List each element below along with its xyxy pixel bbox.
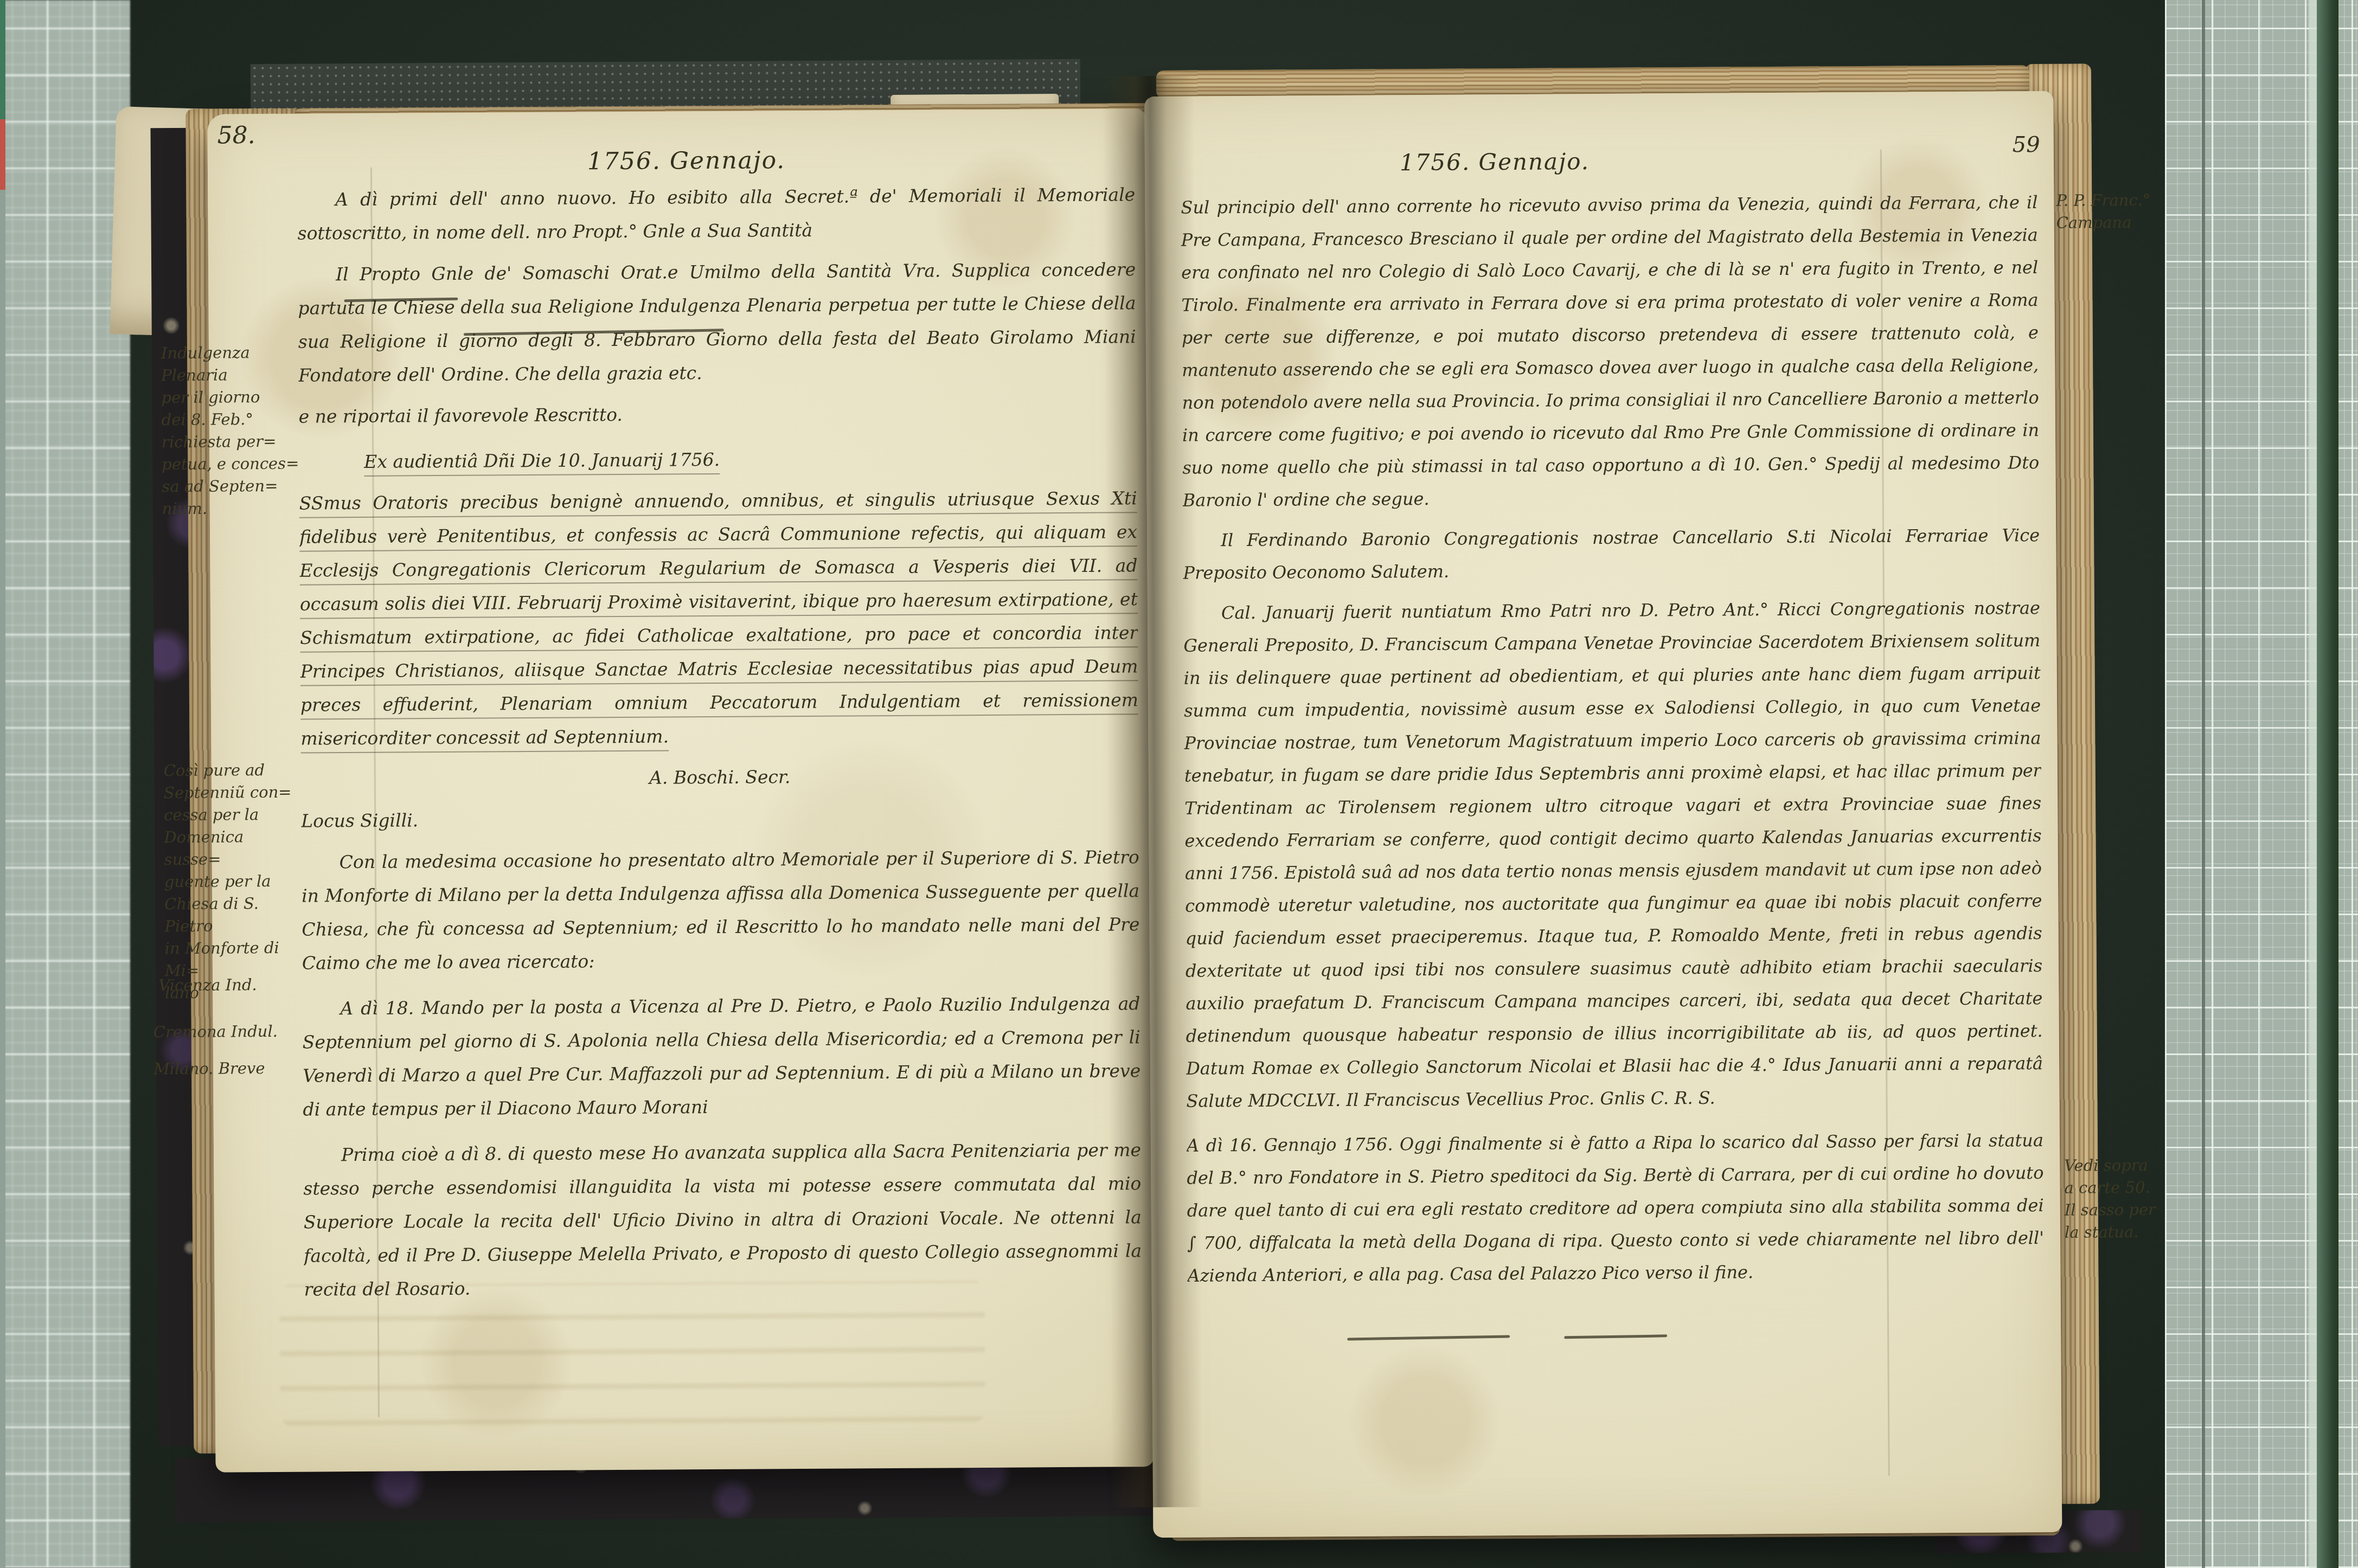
manuscript-photo: 58. 1756. Gennajo. A dì primi dell' anno… xyxy=(0,0,2358,1568)
entry-statua: A dì 16. Gennajo 1756. Oggi finalmente s… xyxy=(1187,1124,2045,1292)
right-page-body: Sul principio dell' anno corrente ho ric… xyxy=(1181,186,2046,1493)
calibration-grid-left xyxy=(0,0,130,1568)
color-patch-gray xyxy=(0,190,5,1568)
entry-campana: Sul principio dell' anno corrente ho ric… xyxy=(1181,186,2040,517)
color-calibration-strip xyxy=(0,0,5,1568)
page-number-left: 58. xyxy=(217,121,255,149)
book-gutter-shadow xyxy=(1102,76,1203,1508)
rescript-latin-text: SSmus Oratoris precibus benignè annuendo… xyxy=(299,481,1139,755)
margin-note-milano: Milano. Breve xyxy=(153,1057,294,1081)
locus-sigilli: Locus Sigilli. xyxy=(301,799,1139,838)
margin-note-statua: Vedi sopra a carte 50. Il sasso per la s… xyxy=(2064,1154,2206,1244)
page-header-left: 1756. Gennajo. xyxy=(587,146,786,175)
right-page: 59 1756. Gennajo. Sul principio dell' an… xyxy=(1144,91,2062,1538)
calibration-grid-right xyxy=(2165,0,2358,1568)
margin-note-monforte: Così pure ad Septenniũ con= cessa per la… xyxy=(164,759,306,1005)
page-header-right: 1756. Gennajo. xyxy=(1400,148,1590,176)
glass-edge-strip xyxy=(2309,0,2317,1568)
grid-rule-line xyxy=(2202,0,2205,1568)
color-patch-green xyxy=(0,0,5,119)
left-page: 58. 1756. Gennajo. A dì primi dell' anno… xyxy=(207,108,1154,1473)
margin-note-cremona: Cremona Indul. xyxy=(153,1020,294,1044)
margin-note-vicenza: Vicenza Ind. xyxy=(158,974,299,997)
margin-note-indulgenza: Indulgenza Plenaria per il giorno dei 8.… xyxy=(161,342,303,520)
order-address: Il Ferdinando Baronio Congregationis nos… xyxy=(1183,519,2040,589)
entry-monforte: Con la medesima occasione ho presentato … xyxy=(302,840,1140,980)
order-latin-text: Cal. Januarij fuerit nuntiatum Rmo Patri… xyxy=(1183,592,2043,1117)
entry-supplica: Il Propto Gnle de' Somaschi Orat.e Umilm… xyxy=(298,253,1136,392)
ink-showthrough xyxy=(280,1281,986,1426)
entry-memoriale: A dì primi dell' anno nuovo. Ho esibito … xyxy=(297,178,1136,250)
clamp-rod xyxy=(2317,0,2338,1568)
color-patch-red xyxy=(0,119,5,190)
margin-note-campana: P. P. Franc.° Campana xyxy=(2056,189,2197,234)
page-number-right: 59 xyxy=(2013,132,2040,157)
entry-rescritto: e ne riportai il favorevole Rescritto. xyxy=(299,395,1137,433)
manuscript-book: 58. 1756. Gennajo. A dì primi dell' anno… xyxy=(131,27,2179,1557)
left-page-body: A dì primi dell' anno nuovo. Ho esibito … xyxy=(297,178,1143,1446)
entry-vicenza-cremona: A dì 18. Mando per la posta a Vicenza al… xyxy=(302,987,1140,1126)
secretary-signature: A. Boschi. Secr. xyxy=(301,758,1139,796)
entry-penitenzieria: Prima cioè a dì 8. di questo mese Ho ava… xyxy=(303,1133,1142,1306)
rescript-heading: Ex audientiâ Dñi Die 10. Januarij 1756. xyxy=(299,440,1137,479)
